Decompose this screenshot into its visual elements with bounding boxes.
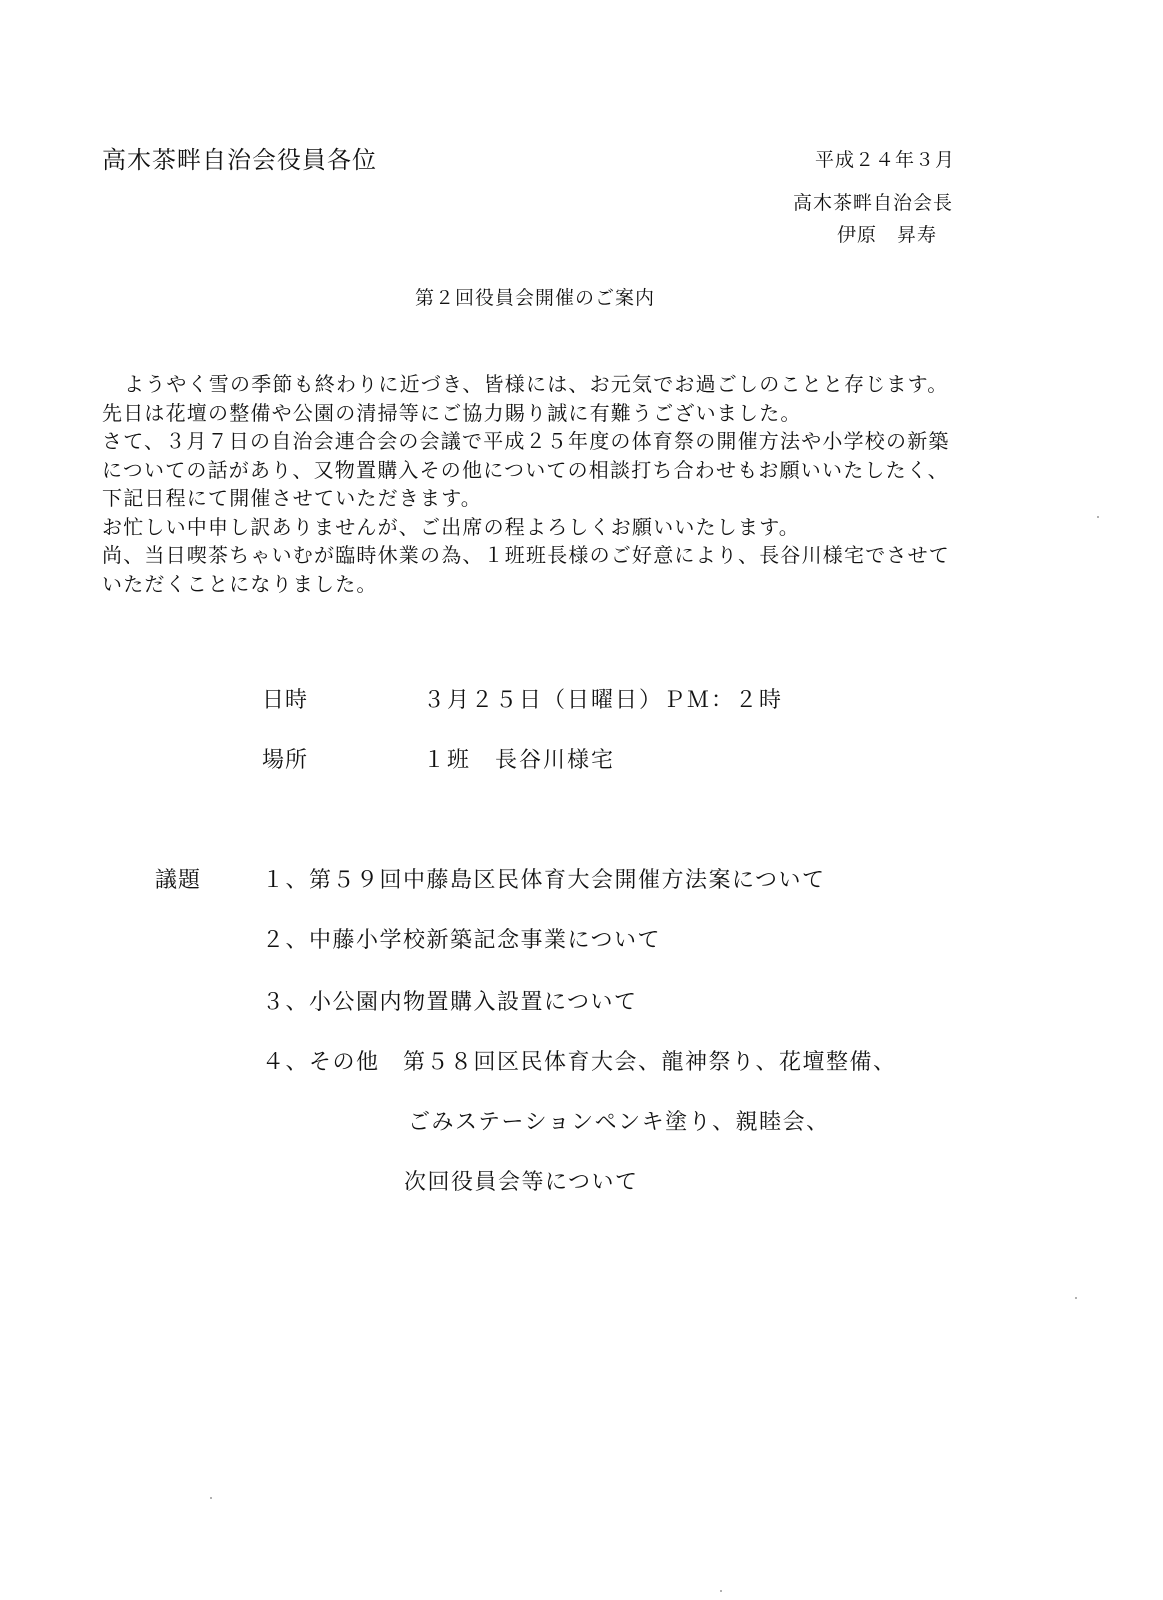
body-line: 尚、当日喫茶ちゃいむが臨時休業の為、１班班長様のご好意により、長谷川様宅でさせて [102,541,950,570]
body-line: さて、３月７日の自治会連合会の会議で平成２５年度の体育祭の開催方法や小学校の新築 [102,427,950,456]
body-line: ようやく雪の季節も終わりに近づき、皆様には、お元気でお過ごしのことと存じます。 [102,370,950,399]
body-line: 先日は花壇の整備や公園の清掃等にご協力賜り誠に有難うございました。 [102,399,950,428]
sender-organization: 高木茶畔自治会長 [793,188,953,215]
place-label: 場所 [262,743,308,774]
agenda-item-continuation: ごみステーションペンキ塗り、親睦会、 [408,1105,830,1136]
document-page: 高木茶畔自治会役員各位 平成２４年３月 高木茶畔自治会長 伊原 昇寿 第２回役員… [0,0,1163,1600]
scan-speck [210,1497,212,1499]
agenda-label: 議題 [155,863,201,894]
body-line: お忙しい中申し訳ありませんが、ご出席の程よろしくお願いいたします。 [102,513,950,542]
document-title: 第２回役員会開催のご案内 [415,283,655,310]
scan-speck [1075,1297,1077,1299]
body-line: 下記日程にて開催させていただきます。 [102,484,950,513]
agenda-item: ３、小公園内物置購入設置について [262,985,638,1016]
scan-speck [720,1590,722,1592]
sender-name: 伊原 昇寿 [837,220,937,247]
body-paragraph: ようやく雪の季節も終わりに近づき、皆様には、お元気でお過ごしのことと存じます。 … [102,370,950,598]
datetime-label: 日時 [262,683,308,714]
scan-speck [1097,516,1099,518]
datetime-value: ３月２５日（日曜日）ＰＭ：２時 [423,683,783,714]
addressee: 高木茶畔自治会役員各位 [102,140,377,175]
agenda-item: １、第５９回中藤島区民体育大会開催方法案について [262,863,826,894]
body-line: いただくことになりました。 [102,570,950,599]
agenda-item: ４、その他 第５８回区民体育大会、龍神祭り、花壇整備、 [262,1045,897,1076]
place-value: １班 長谷川様宅 [423,743,615,774]
issue-date: 平成２４年３月 [815,145,955,172]
agenda-item-continuation: 次回役員会等について [404,1165,639,1196]
body-line: についての話があり、又物置購入その他についての相談打ち合わせもお願いいたしたく、 [102,456,950,485]
agenda-item: ２、中藤小学校新築記念事業について [262,923,661,954]
